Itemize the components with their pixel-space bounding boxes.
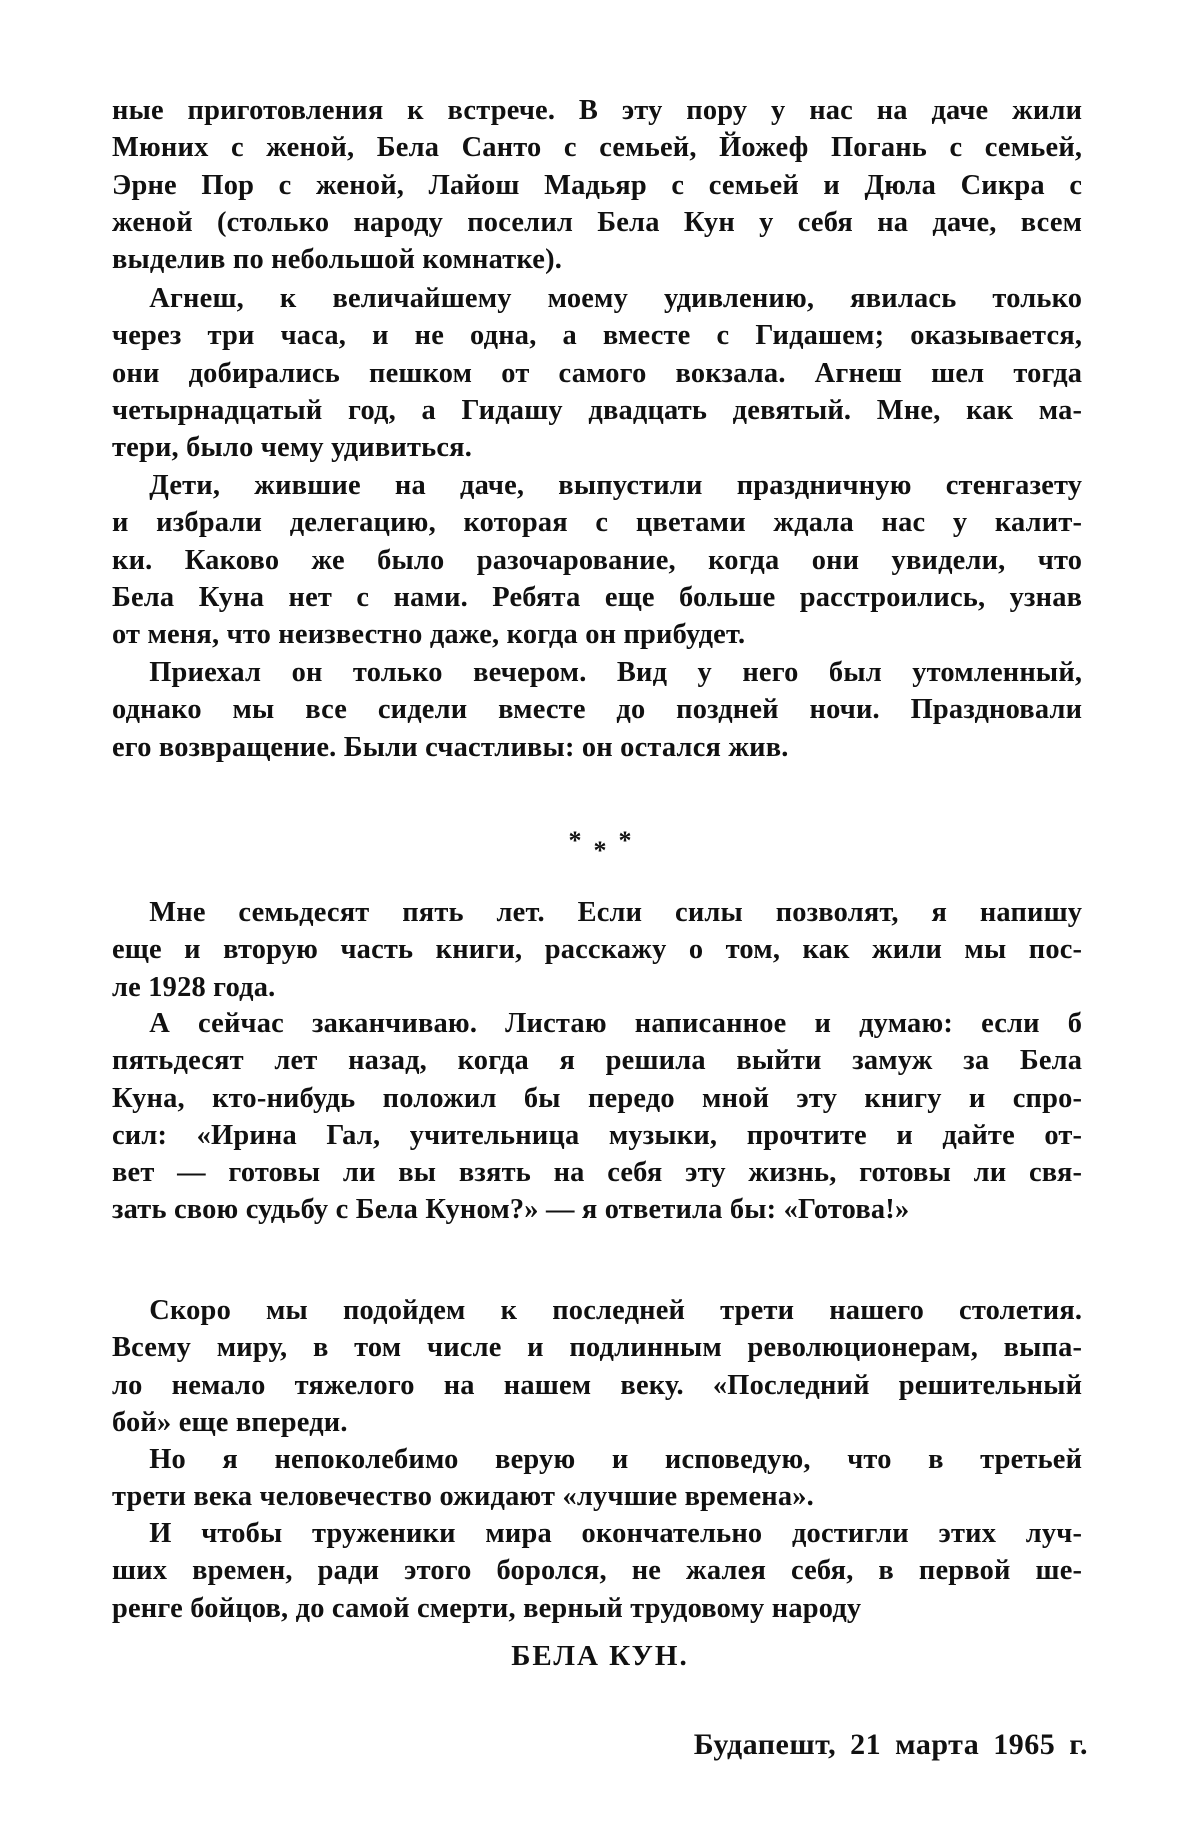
text-line: ло немало тяжелого на нашем веку. «После… xyxy=(112,1367,1082,1404)
text-line: Куна, кто-нибудь положил бы передо мной … xyxy=(112,1080,1082,1117)
paragraph-p2: Агнеш, к величайшему моему удивлению, яв… xyxy=(112,280,1102,466)
paragraph-p4: Приехал он только вечером. Вид у него бы… xyxy=(112,654,1102,766)
text-line: ле 1928 года. xyxy=(112,969,1082,1006)
text-line: Бела Куна нет с нами. Ребята еще больше … xyxy=(112,579,1082,616)
paragraph-p8: Но я непоколебимо верую и исповедую, что… xyxy=(112,1441,1102,1516)
paragraph-text: А сейчас заканчиваю. Листаю написанное и… xyxy=(112,1005,1082,1229)
text-line: пятьдесят лет назад, когда я решила выйт… xyxy=(112,1042,1082,1079)
text-line: ренге бойцов, до самой смерти, верный тр… xyxy=(112,1590,1082,1627)
asterisk-icon: * xyxy=(569,826,582,856)
asterisk-icon: * xyxy=(619,826,632,856)
text-line: вет — готовы ли вы взять на себя эту жиз… xyxy=(112,1154,1082,1191)
paragraph-text: Скоро мы подойдем к последней трети наше… xyxy=(112,1292,1082,1441)
paragraph-text: И чтобы труженики мира окончательно дост… xyxy=(112,1515,1082,1627)
text-line: тери, было чему удивиться. xyxy=(112,429,1082,466)
text-line: А сейчас заканчиваю. Листаю написанное и… xyxy=(112,1005,1082,1042)
text-line: Мюних с женой, Бела Санто с семьей, Йоже… xyxy=(112,129,1082,166)
paragraph-text: Приехал он только вечером. Вид у него бы… xyxy=(112,654,1082,766)
text-line: выделив по небольшой комнатке). xyxy=(112,241,1082,278)
text-line: его возвращение. Были счастливы: он оста… xyxy=(112,729,1082,766)
text-line: от меня, что неизвестно даже, когда он п… xyxy=(112,616,1082,653)
text-line: они добирались пешком от самого вокзала.… xyxy=(112,355,1082,392)
text-line: Но я непоколебимо верую и исповедую, что… xyxy=(112,1441,1082,1478)
text-line: и избрали делегацию, которая с цветами ж… xyxy=(112,504,1082,541)
paragraph-text: Мне семьдесят пять лет. Если силы позвол… xyxy=(112,894,1082,1006)
paragraph-text: ные приготовления к встрече. В эту пору … xyxy=(112,92,1082,278)
paragraph-p6: А сейчас заканчиваю. Листаю написанное и… xyxy=(112,1005,1102,1229)
paragraph-text: Но я непоколебимо верую и исповедую, что… xyxy=(112,1441,1082,1516)
text-line: через три часа, и не одна, а вместе с Ги… xyxy=(112,317,1082,354)
paragraph-text: Агнеш, к величайшему моему удивлению, яв… xyxy=(112,280,1082,466)
paragraph-p1: ные приготовления к встрече. В эту пору … xyxy=(112,92,1102,278)
text-line: И чтобы труженики мира окончательно дост… xyxy=(112,1515,1082,1552)
paragraph-p9: И чтобы труженики мира окончательно дост… xyxy=(112,1515,1102,1627)
text-line: Эрне Пор с женой, Лайош Мадьяр с семьей … xyxy=(112,167,1082,204)
text-line: бой» еще впереди. xyxy=(112,1404,1082,1441)
text-line: ные приготовления к встрече. В эту пору … xyxy=(112,92,1082,129)
paragraph-text: Дети, жившие на даче, выпустили празднич… xyxy=(112,467,1082,653)
text-line: Дети, жившие на даче, выпустили празднич… xyxy=(112,467,1082,504)
text-line: зать свою судьбу с Бела Куном?» — я отве… xyxy=(112,1191,1082,1228)
text-line: Скоро мы подойдем к последней трети наше… xyxy=(112,1292,1082,1329)
paragraph-p3: Дети, жившие на даче, выпустили празднич… xyxy=(112,467,1102,653)
text-line: еще и вторую часть книги, расскажу о том… xyxy=(112,931,1082,968)
text-line: Всему миру, в том числе и подлинным рево… xyxy=(112,1329,1082,1366)
section-divider: *** xyxy=(0,826,1200,876)
text-line: трети века человечество ожидают «лучшие … xyxy=(112,1478,1082,1515)
text-line: ших времен, ради этого боролся, не жалея… xyxy=(112,1552,1082,1589)
text-line: женой (столько народу поселил Бела Кун у… xyxy=(112,204,1082,241)
text-line: сил: «Ирина Гал, учительница музыки, про… xyxy=(112,1117,1082,1154)
asterisk-icon: * xyxy=(594,836,607,866)
text-line: Агнеш, к величайшему моему удивлению, яв… xyxy=(112,280,1082,317)
place-date-line: Будапешт, 21 марта 1965 г. xyxy=(694,1726,1088,1763)
text-line: четырнадцатый год, а Гидашу двадцать дев… xyxy=(112,392,1082,429)
paragraph-p5: Мне семьдесят пять лет. Если силы позвол… xyxy=(112,894,1102,1006)
text-line: однако мы все сидели вместе до поздней н… xyxy=(112,691,1082,728)
text-line: Мне семьдесят пять лет. Если силы позвол… xyxy=(112,894,1082,931)
paragraph-p7: Скоро мы подойдем к последней трети наше… xyxy=(112,1292,1102,1441)
text-line: ки. Каково же было разочарование, когда … xyxy=(112,542,1082,579)
author-signature: БЕЛА КУН. xyxy=(0,1638,1200,1675)
text-line: Приехал он только вечером. Вид у него бы… xyxy=(112,654,1082,691)
